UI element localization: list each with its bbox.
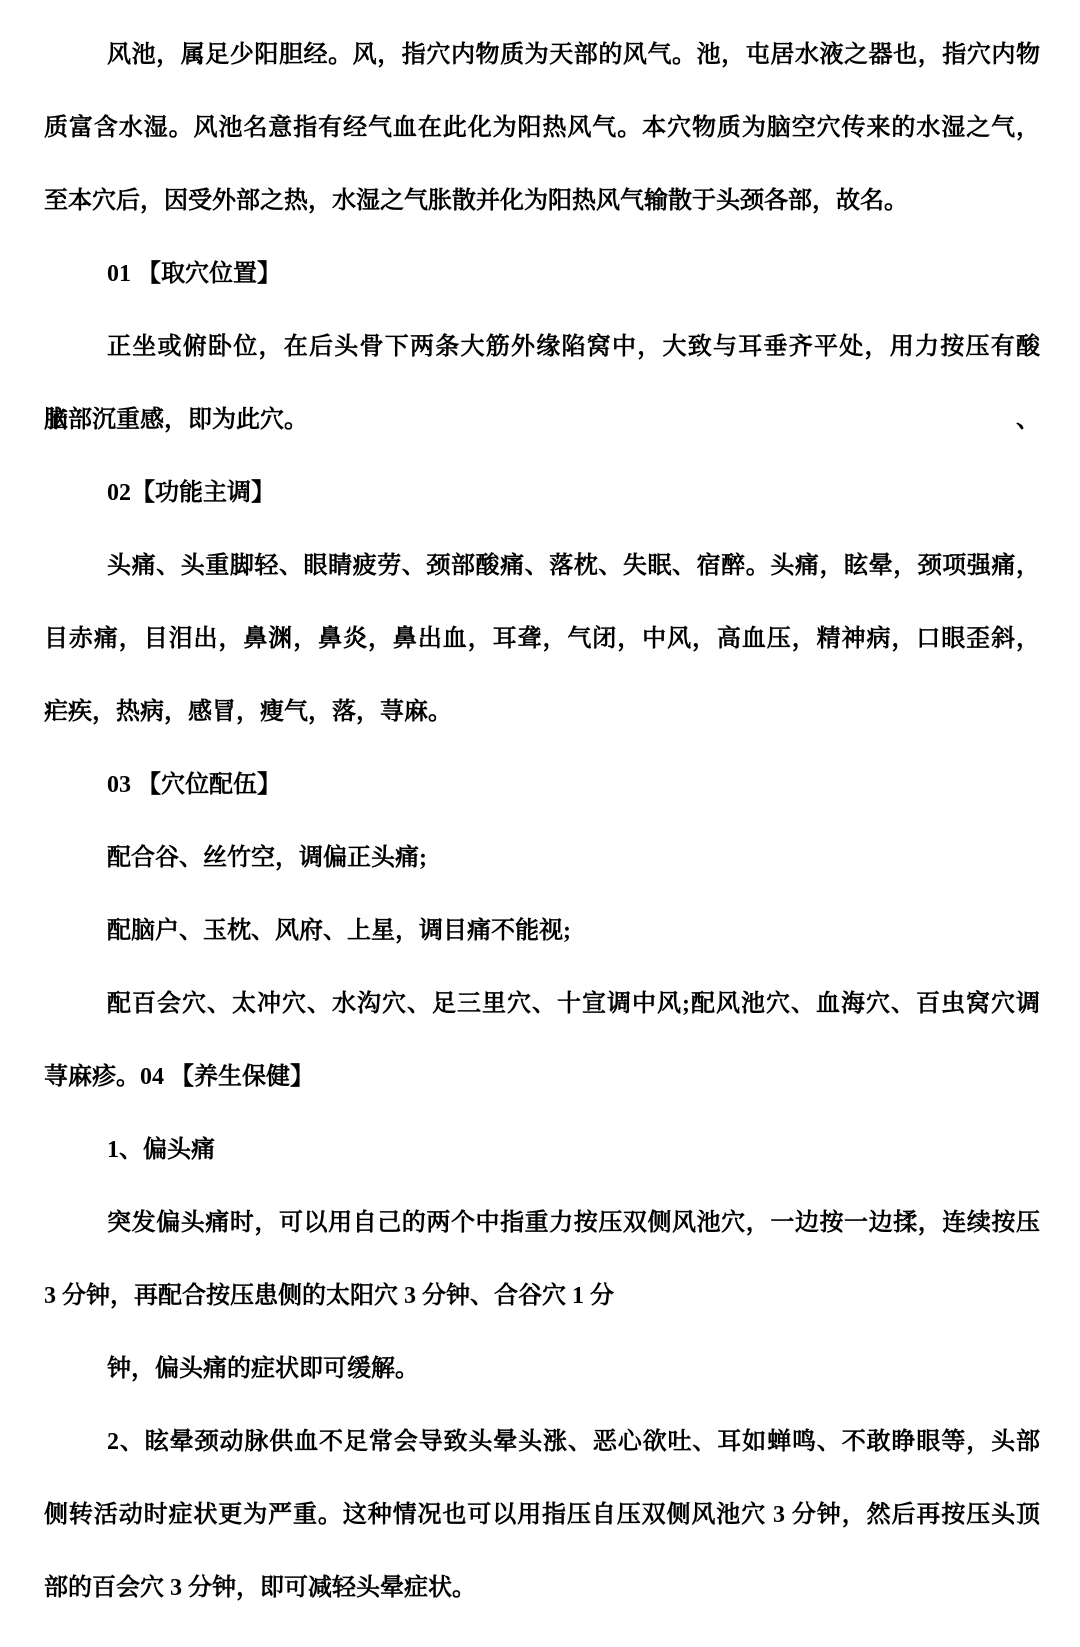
list-item-1-heading: 1、偏头痛 (44, 1114, 1040, 1187)
paragraph-dizziness-line-2: 侧转活动时症状更为严重。这种情况也可以用指压自压双侧风池穴 3 分钟，然后再按压… (44, 1479, 1040, 1552)
paragraph-combination-3-line-2-with-heading-04: 荨麻疹。04 【养生保健】 (44, 1041, 1040, 1114)
paragraph-combination-1: 配合谷、丝竹空，调偏正头痛; (44, 822, 1040, 895)
paragraph-functions-line-2: 目赤痛，目泪出，鼻渊，鼻炎，鼻出血，耳聋，气闭，中风，高血压，精神病，口眼歪斜， (44, 603, 1040, 676)
paragraph-functions-line-1: 头痛、头重脚轻、眼睛疲劳、颈部酸痛、落枕、失眠、宿醉。头痛，眩晕，颈项强痛， (44, 530, 1040, 603)
paragraph-migraine-line-1: 突发偏头痛时，可以用自己的两个中指重力按压双侧风池穴，一边按一边揉，连续按压 (44, 1187, 1040, 1260)
paragraph-migraine-line-2: 3 分钟，再配合按压患侧的太阳穴 3 分钟、合谷穴 1 分 (44, 1260, 1040, 1333)
paragraph-dizziness-line-3: 部的百会穴 3 分钟，即可减轻头晕症状。 (44, 1552, 1040, 1625)
section-heading-01: 01 【取穴位置】 (44, 238, 1040, 311)
paragraph-naming-line-3: 至本穴后，因受外部之热，水湿之气胀散并化为阳热风气输散于头颈各部，故名。 (44, 165, 1040, 238)
paragraph-combination-3-line-1: 配百会穴、太冲穴、水沟穴、足三里穴、十宣调中风;配风池穴、血海穴、百虫窝穴调 (44, 968, 1040, 1041)
paragraph-migraine-line-3: 钟，偏头痛的症状即可缓解。 (44, 1333, 1040, 1406)
paragraph-functions-line-3: 疟疾，热病，感冒，瘦气，落，荨麻。 (44, 676, 1040, 749)
paragraph-naming-line-1: 风池，属足少阳胆经。风，指穴内物质为天部的风气。池，屯居水液之器也，指穴内物 (44, 19, 1040, 92)
paragraph-naming-line-2: 质富含水湿。风池名意指有经气血在此化为阳热风气。本穴物质为脑空穴传来的水湿之气， (44, 92, 1040, 165)
paragraph-dizziness-line-1: 2、眩晕颈动脉供血不足常会导致头晕头涨、恶心欲吐、耳如蝉鸣、不敢睁眼等，头部 (44, 1406, 1040, 1479)
paragraph-location-line-1: 正坐或俯卧位，在后头骨下两条大筋外缘陷窝中，大致与耳垂齐平处，用力按压有酸胀、 (44, 311, 1040, 384)
section-heading-03: 03 【穴位配伍】 (44, 749, 1040, 822)
paragraph-combination-2: 配脑户、玉枕、风府、上星，调目痛不能视; (44, 895, 1040, 968)
section-heading-02: 02【功能主调】 (44, 457, 1040, 530)
document-page: 风池，属足少阳胆经。风，指穴内物质为天部的风气。池，屯居水液之器也，指穴内物质富… (0, 0, 1080, 1647)
document-body: 风池，属足少阳胆经。风，指穴内物质为天部的风气。池，屯居水液之器也，指穴内物质富… (44, 19, 1040, 1625)
